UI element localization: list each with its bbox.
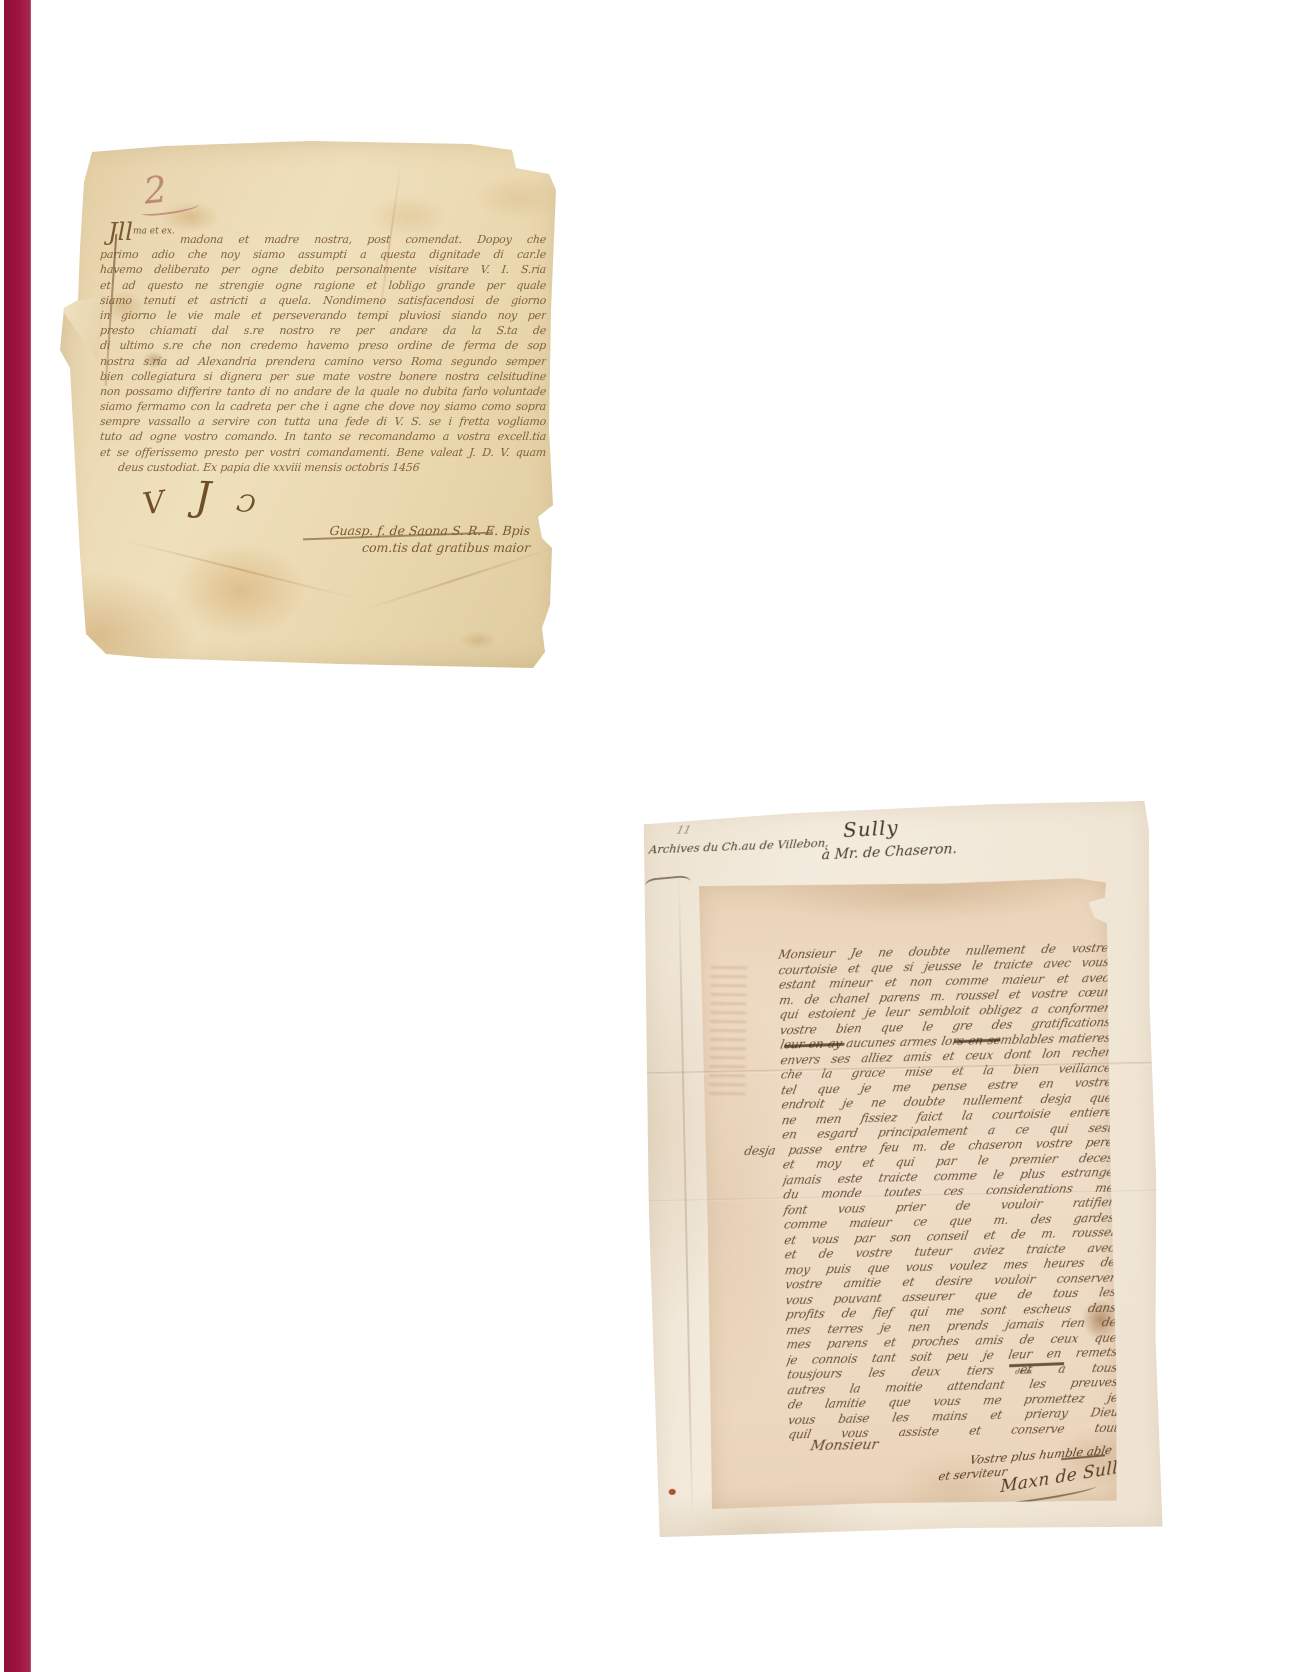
manuscript-2-signature: Vostre plus humble able et serviteur Max… (921, 1448, 1112, 1480)
fold-crease-vertical (678, 873, 694, 1521)
postscript-mark: Ɔ (235, 489, 258, 520)
signature-line: com.tis dat gratibus maior (324, 540, 530, 557)
handwritten-line: et ad questo ne strengie ogne ragione et… (99, 279, 546, 294)
handwritten-line: tuto ad ogne vostro comando. In tanto se… (99, 430, 546, 445)
manuscript-1-crease (121, 539, 354, 599)
handwritten-line: nostra s.ria ad Alexandria prendera cami… (99, 355, 546, 370)
paraph-squiggle-icon (644, 875, 691, 893)
manuscript-2-outer-leaf: 11 Archives du Ch.au de Villebon. Sully … (640, 801, 1163, 1537)
signature-line: Guasp. f. de Saona S. R. E. Bpis (324, 523, 530, 540)
handwritten-line: in giorno le vie male et perseverando te… (99, 309, 546, 324)
handwritten-line: parimo adio che noy siamo assumpti a que… (99, 248, 546, 263)
handwritten-line: non possamo differire tanto di no andare… (99, 385, 546, 400)
manuscript-1-text-block: madona et madre nostra, post comendat. D… (100, 233, 546, 476)
manuscript-2-ink-bleedthrough (709, 965, 747, 1097)
interline-insertion-word: deux (1015, 1367, 1034, 1375)
accent-bar (4, 0, 31, 1672)
handwritten-line: bien collegiatura si dignera per sue mat… (99, 370, 546, 385)
postscript-mark: V (141, 485, 167, 523)
handwritten-line: sempre vassallo a servire con tutta una … (99, 415, 546, 430)
handwritten-line: di ultimo s.re che non credemo havemo pr… (99, 339, 546, 354)
handwritten-line: deus custodiat. Ex papia die xxviii mens… (99, 461, 546, 476)
handwritten-line: siamo fermamo con la cadreta per che i a… (99, 400, 546, 415)
handwritten-line: havemo deliberato per ogne debito person… (99, 263, 546, 278)
manuscript-2-pencil-number: 11 (675, 823, 692, 836)
catalog-page: 2 Jllma et ex. madona et madre nostra, p… (0, 0, 1301, 1672)
manuscript-1-signature: Guasp. f. de Saona S. R. E. Bpis com.tis… (325, 523, 530, 557)
manuscript-1-paper: 2 Jllma et ex. madona et madre nostra, p… (58, 138, 562, 670)
handwritten-line: presto chiamati dal s.re nostro re per a… (99, 324, 546, 339)
handwritten-line: et se offerissemo presto per vostri coma… (99, 446, 546, 461)
postscript-mark: J (194, 474, 212, 521)
handwritten-line: madona et madre nostra, post comendat. D… (99, 233, 546, 248)
wax-speck (669, 1489, 676, 1495)
handwritten-line: siamo tenuti et astricti a quela. Nondim… (99, 294, 546, 309)
manuscript-2-title-annotation: Sully (790, 812, 951, 845)
manuscript-2-archive-annotation: Archives du Ch.au de Villebon. (648, 837, 800, 857)
manuscript-2-closing-salutation: Monsieur (809, 1437, 879, 1454)
